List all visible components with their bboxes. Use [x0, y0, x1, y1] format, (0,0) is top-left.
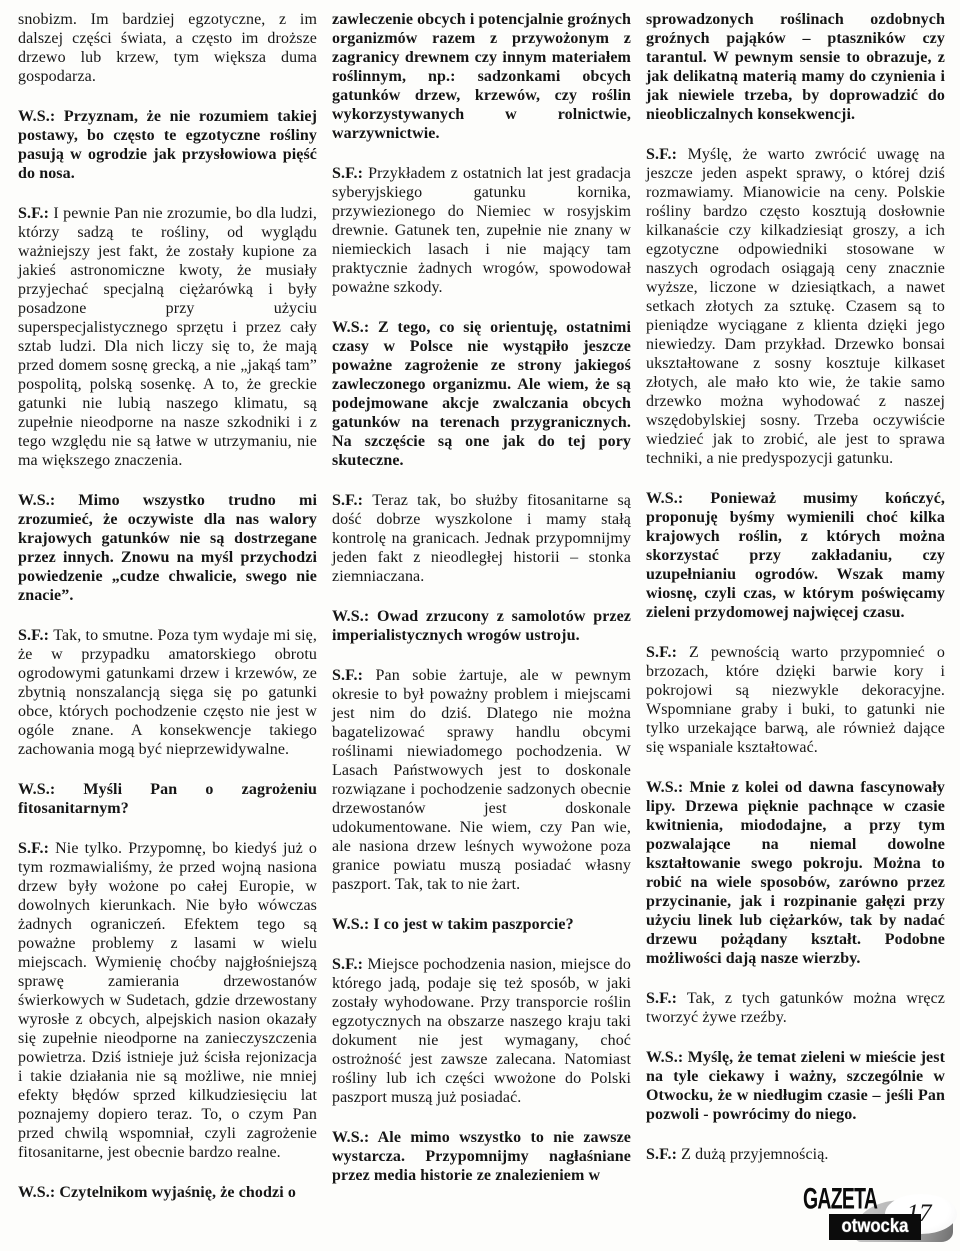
gazeta-otwocka-logo: 17 GAZETA otwocka: [793, 1180, 960, 1248]
speaker-label: W.S.:: [646, 490, 710, 507]
paragraph-sf: S.F.: Przykładem z ostatnich lat jest gr…: [332, 164, 631, 297]
speaker-label: S.F.:: [18, 627, 53, 644]
speaker-label: S.F.:: [646, 146, 688, 163]
column-3: sprowadzonych roślinach ozdobnych groźny…: [646, 10, 945, 1223]
paragraph-sf: S.F.: Nie tylko. Przypomnę, bo kiedyś ju…: [18, 839, 317, 1162]
paragraph-sf: S.F.: Tak, to smutne. Poza tym wydaje mi…: [18, 626, 317, 759]
speaker-label: S.F.:: [646, 1146, 681, 1163]
speaker-label: W.S.:: [332, 1129, 378, 1146]
speaker-label: S.F.:: [646, 990, 687, 1007]
speaker-label: S.F.:: [332, 956, 368, 973]
column-2: zawleczenie obcych i potencjalnie groźny…: [332, 10, 631, 1223]
column-1: snobizm. Im bardziej egzotyczne, z im da…: [18, 10, 317, 1223]
speaker-label: W.S.:: [332, 608, 377, 625]
paragraph-ws: W.S.: Ponieważ musimy kończyć, proponuję…: [646, 489, 945, 622]
paragraph-sf: S.F.: I pewnie Pan nie zrozumie, bo dla …: [18, 204, 317, 470]
paragraph-ws: W.S.: Mimo wszystko trudno mi zrozumieć,…: [18, 491, 317, 605]
speaker-label: W.S.:: [646, 1049, 688, 1066]
speaker-label: S.F.:: [646, 644, 689, 661]
speaker-label: S.F.:: [18, 205, 53, 222]
paragraph-sf: S.F.: Z dużą przyjemnością.: [646, 1145, 945, 1164]
gazeta-logo-text: GAZETA: [803, 1182, 877, 1216]
otwocka-logo-bar: otwocka: [829, 1214, 921, 1240]
paragraph-sf: S.F.: Pan sobie żartuje, ale w pewnym ok…: [332, 666, 631, 894]
speaker-label: W.S.:: [332, 319, 378, 336]
paragraph-ws: W.S.: Mnie z kolei od dawna fascynowały …: [646, 778, 945, 968]
paragraph-ws: W.S.: Owad zrzucony z samolotów przez im…: [332, 607, 631, 645]
speaker-label: S.F.:: [332, 667, 376, 684]
paragraph-ws: W.S.: Przyznam, że nie rozumiem takiej p…: [18, 107, 317, 183]
paragraph-ws: W.S.: Myślę, że temat zieleni w mieście …: [646, 1048, 945, 1124]
paragraph-sf: S.F.: Z pewnością warto przypomnieć o br…: [646, 643, 945, 757]
paragraph-continuation: zawleczenie obcych i potencjalnie groźny…: [332, 10, 631, 143]
paragraph-ws: W.S.: I co jest w takim paszporcie?: [332, 915, 631, 934]
speaker-label: W.S.:: [332, 916, 373, 933]
speaker-label: W.S.:: [18, 492, 78, 509]
paragraph-sf: S.F.: Myślę, że warto zwrócić uwagę na j…: [646, 145, 945, 468]
paragraph-continuation: snobizm. Im bardziej egzotyczne, z im da…: [18, 10, 317, 86]
paragraph-ws: W.S.: Myśli Pan o zagrożeniu fitosanitar…: [18, 780, 317, 818]
paragraph-ws: W.S.: Czytelnikom wyjaśnię, że chodzi o: [18, 1183, 317, 1202]
paragraph-sf: S.F.: Tak, z tych gatunków można wręcz t…: [646, 989, 945, 1027]
otwocka-logo-text: otwocka: [842, 1216, 909, 1238]
speaker-label: S.F.:: [332, 492, 372, 509]
paragraph-sf: S.F.: Miejsce pochodzenia nasion, miejsc…: [332, 955, 631, 1107]
speaker-label: W.S.:: [18, 108, 64, 125]
speaker-label: S.F.:: [332, 165, 368, 182]
speaker-label: W.S.:: [646, 779, 690, 796]
newspaper-page: snobizm. Im bardziej egzotyczne, z im da…: [0, 0, 960, 1251]
paragraph-ws: W.S.: Ale mimo wszystko to nie zawsze wy…: [332, 1128, 631, 1185]
speaker-label: S.F.:: [18, 840, 55, 857]
speaker-label: W.S.:: [18, 781, 83, 798]
speaker-label: W.S.:: [18, 1184, 59, 1201]
paragraph-continuation: sprowadzonych roślinach ozdobnych groźny…: [646, 10, 945, 124]
article-columns: snobizm. Im bardziej egzotyczne, z im da…: [0, 0, 960, 1223]
paragraph-ws: W.S.: Z tego, co się orientuję, ostatnim…: [332, 318, 631, 470]
paragraph-sf: S.F.: Teraz tak, bo służby fitosanitarne…: [332, 491, 631, 586]
